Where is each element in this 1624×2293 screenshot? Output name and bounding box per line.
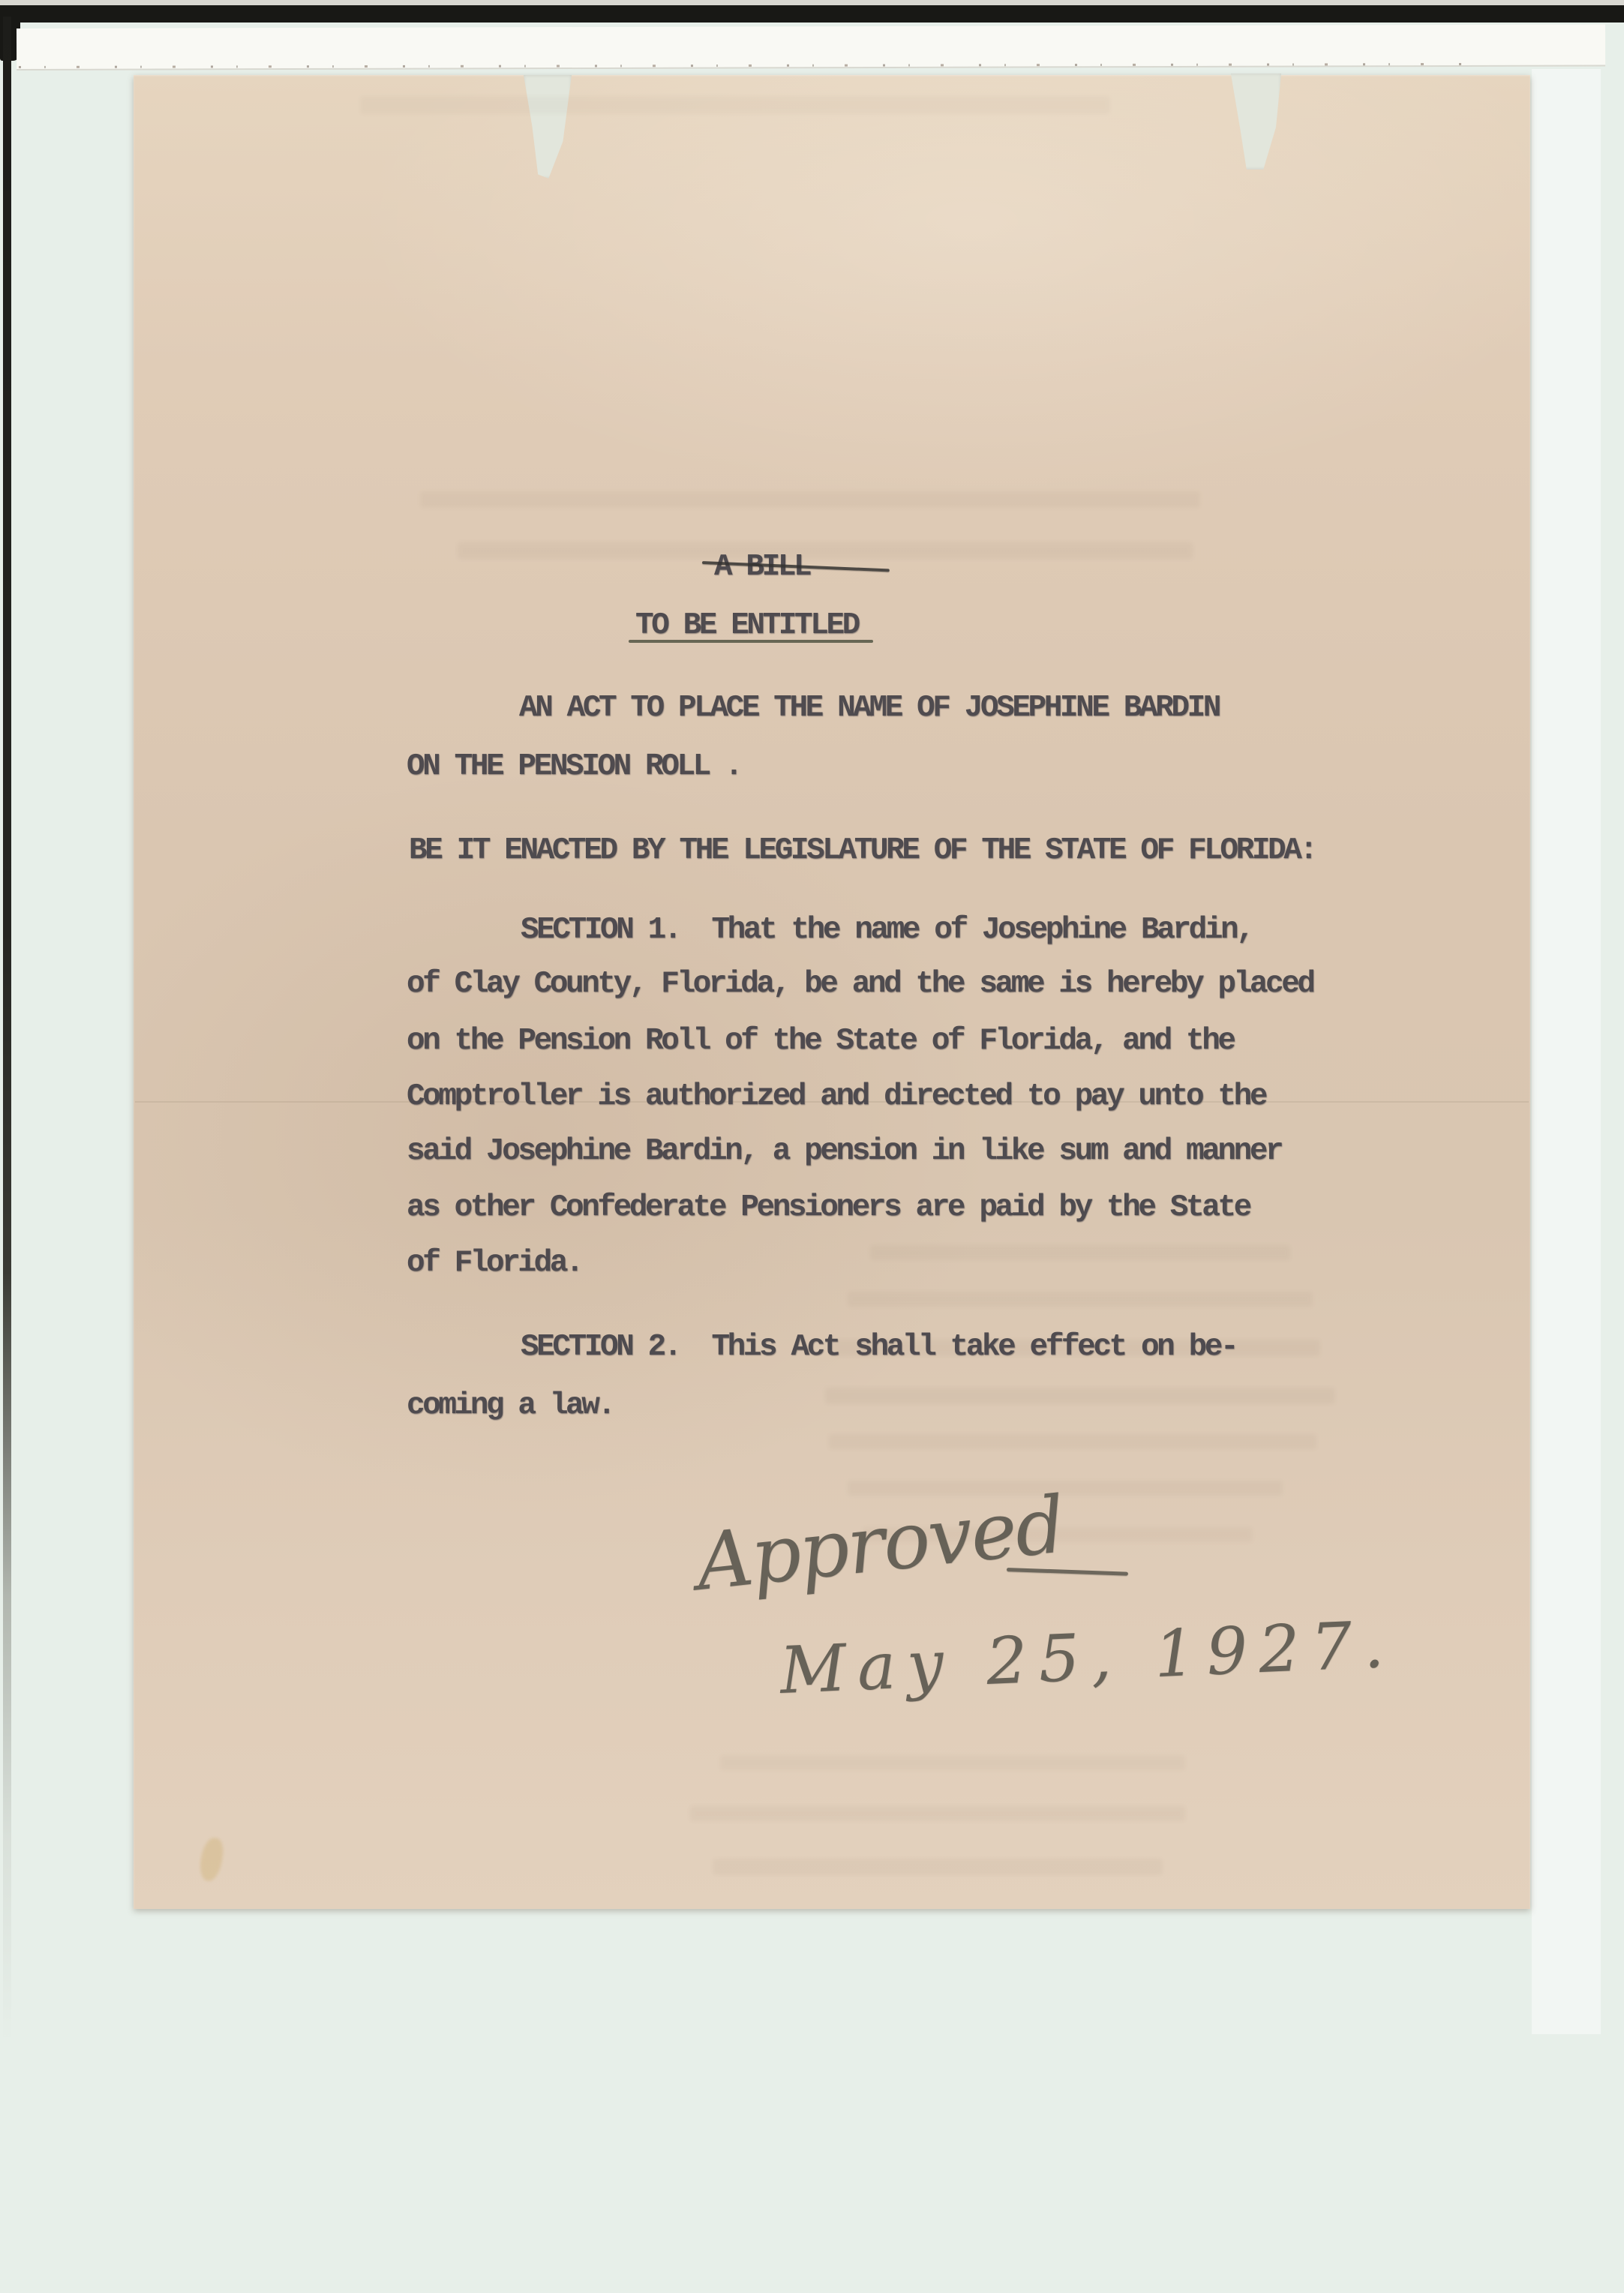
section1-line-7: of Florida. xyxy=(407,1248,581,1279)
scanned-document-page: A BILL TO BE ENTITLED AN ACT TO PLACE TH… xyxy=(0,0,1624,2293)
scanner-top-bar xyxy=(0,5,1624,23)
act-caption-line-1: AN ACT TO PLACE THE NAME OF JOSEPHINE BA… xyxy=(519,693,1219,724)
ghost-bleedthrough-line xyxy=(713,1859,1163,1875)
ghost-bleedthrough-line xyxy=(690,1806,1185,1821)
ghost-bleedthrough-line xyxy=(829,1434,1316,1449)
section1-line-3: on the Pension Roll of the State of Flor… xyxy=(407,1026,1234,1057)
section1-line-1: SECTION 1. That the name of Josephine Ba… xyxy=(521,915,1252,946)
scanner-left-edge xyxy=(3,17,11,2042)
ghost-bleedthrough-line xyxy=(825,1388,1335,1404)
ghost-bleedthrough-line xyxy=(870,1245,1290,1260)
ghost-bleedthrough-line xyxy=(848,1292,1313,1307)
section2-line-2: coming a law. xyxy=(407,1391,614,1421)
scanner-top-sliver xyxy=(0,0,1624,5)
title-underline xyxy=(629,640,873,643)
act-caption-line-2: ON THE PENSION ROLL . xyxy=(407,752,740,782)
section1-line-4: Comptroller is authorized and directed t… xyxy=(407,1082,1265,1112)
section1-line-5: said Josephine Bardin, a pension in like… xyxy=(407,1136,1281,1167)
ghost-bleedthrough-line xyxy=(458,542,1193,559)
ghost-bleedthrough-line xyxy=(420,491,1200,508)
enacting-clause-line: BE IT ENACTED BY THE LEGISLATURE OF THE … xyxy=(409,836,1316,866)
entitled-line: TO BE ENTITLED xyxy=(635,611,858,641)
ghost-bleedthrough-line xyxy=(720,1755,1185,1770)
section1-line-2: of Clay County, Florida, be and the same… xyxy=(407,969,1313,1000)
section2-line-1: SECTION 2. This Act shall take effect on… xyxy=(521,1332,1236,1363)
ghost-bleedthrough-line xyxy=(360,96,1110,114)
backing-mat-highlight xyxy=(1532,69,1601,2034)
section1-line-6: as other Confederate Pensioners are paid… xyxy=(407,1193,1250,1223)
